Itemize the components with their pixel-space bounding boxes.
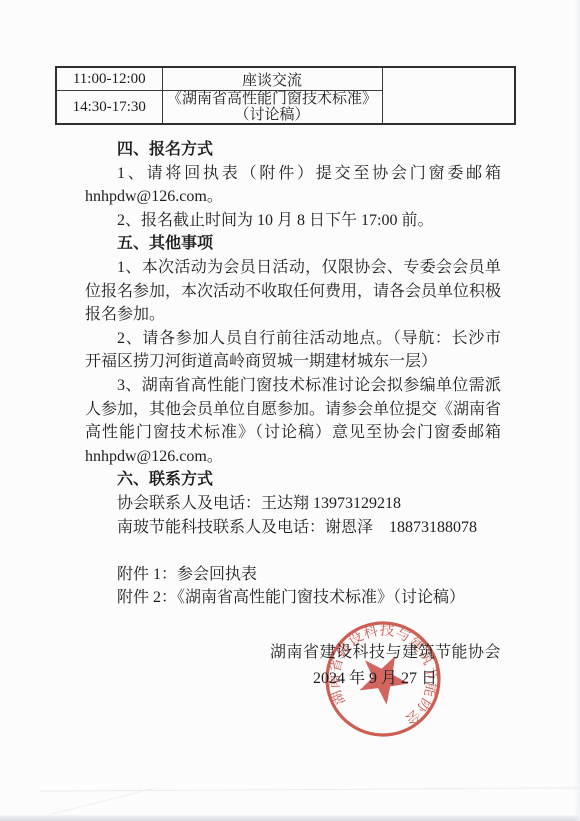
body-line: 2、报名截止时间为 10 月 8 日下午 17:00 前。 <box>85 209 501 233</box>
signature-organization: 湖南省建设科技与建筑节能协会 <box>270 639 501 662</box>
scanned-document-page: 11:00-12:00 座谈交流 14:30-17:30 《湖南省高性能门窗技术… <box>0 0 580 821</box>
table-row: 11:00-12:00 座谈交流 <box>56 67 515 91</box>
section-heading-other-items: 五、其他事项 <box>85 232 501 256</box>
schedule-activity-cell: 《湖南省高性能门窗技术标准》 （讨论稿） <box>162 91 382 125</box>
blank-line <box>85 539 501 563</box>
email-text: hnhpdw@126.com。 <box>85 445 501 469</box>
email-text: hnhpdw@126.com。 <box>85 185 501 209</box>
body-line: 位报名参加，本次活动不收取任何费用，请各会员单位积极 <box>85 280 501 304</box>
schedule-activity-cell: 座谈交流 <box>162 67 382 91</box>
contact-line-nanbo: 南玻节能科技联系人及电话：谢恩泽 18873188078 <box>85 516 501 540</box>
signature-date: 2024 年 9 月 27 日 <box>313 665 437 688</box>
body-line: 1、本次活动为会员日活动，仅限协会、专委会会员单 <box>85 256 501 280</box>
schedule-time-cell: 14:30-17:30 <box>56 91 162 125</box>
activity-title: 《湖南省高性能门窗技术标准》 <box>163 91 382 107</box>
body-line: 1、请将回执表（附件）提交至协会门窗委邮箱 <box>85 162 501 186</box>
activity-subtitle: （讨论稿） <box>163 107 382 123</box>
schedule-note-cell <box>382 67 515 124</box>
page-crease-line <box>40 787 580 791</box>
section-heading-contact: 六、联系方式 <box>85 468 501 492</box>
body-line: 2、请各参加人员自行前往活动地点。（导航：长沙市 <box>85 327 501 351</box>
body-line: 3、湖南省高性能门窗技术标准讨论会拟参编单位需派 <box>85 374 501 398</box>
section-heading-registration: 四、报名方式 <box>85 138 501 162</box>
document-body: 四、报名方式 1、请将回执表（附件）提交至协会门窗委邮箱 hnhpdw@126.… <box>85 138 501 610</box>
attachment-1: 附件 1：参会回执表 <box>85 563 501 587</box>
scan-right-edge <box>574 0 580 821</box>
body-line: 报名参加。 <box>85 303 501 327</box>
body-line: 开福区捞刀河街道高岭商贸城一期建材城东一层） <box>85 350 501 374</box>
body-line: 人参加，其他会员单位自愿参加。请参会单位提交《湖南省 <box>85 398 501 422</box>
schedule-table: 11:00-12:00 座谈交流 14:30-17:30 《湖南省高性能门窗技术… <box>55 66 516 125</box>
schedule-time-cell: 11:00-12:00 <box>56 67 162 91</box>
scan-bottom-edge <box>0 815 580 821</box>
body-line: 高性能门窗技术标准》（讨论稿）意见至协会门窗委邮箱 <box>85 421 501 445</box>
contact-line-association: 协会联系人及电话：王达翔 13973129218 <box>85 492 501 516</box>
